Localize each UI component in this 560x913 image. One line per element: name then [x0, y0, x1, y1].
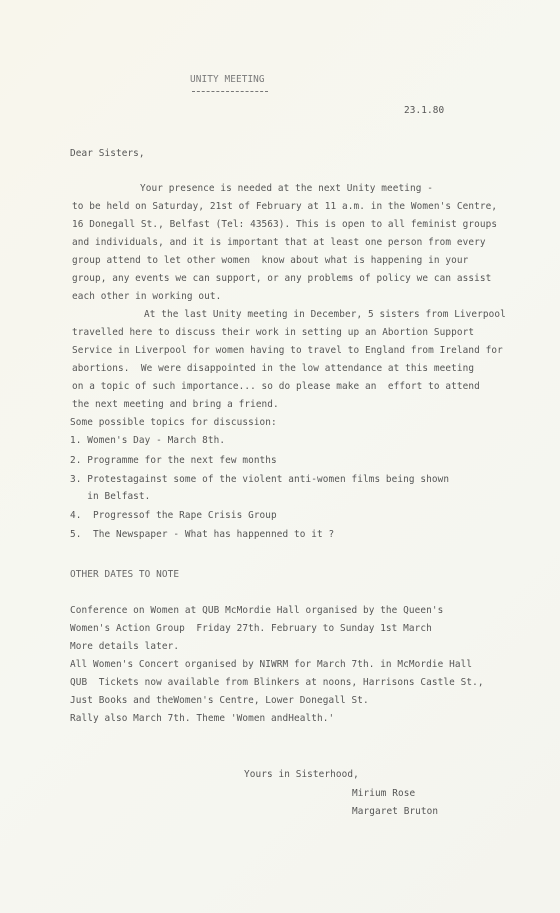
other-dates-line: Women's Action Group Friday 27th. Februa…: [70, 624, 432, 633]
paragraph1-line: 16 Donegall St., Belfast (Tel: 43563). T…: [72, 220, 497, 229]
signatory: Mirium Rose: [352, 789, 415, 798]
other-dates-line: Just Books and theWomen's Centre, Lower …: [70, 696, 369, 705]
other-dates-line: Rally also March 7th. Theme 'Women andHe…: [70, 714, 334, 723]
other-dates-heading: OTHER DATES TO NOTE: [70, 570, 179, 579]
paragraph1-line: each other in working out.: [72, 292, 221, 301]
other-dates-line: QUB Tickets now available from Blinkers …: [70, 678, 484, 687]
paragraph2-line: abortions. We were disappointed in the l…: [72, 364, 474, 373]
topic-item: 4. Progressof the Rape Crisis Group: [70, 511, 277, 520]
topic-item: 2. Programme for the next few months: [70, 456, 277, 465]
paragraph1-line: and individuals, and it is important tha…: [72, 238, 486, 247]
paragraph1-line: to be held on Saturday, 21st of February…: [72, 202, 497, 211]
signatory: Margaret Bruton: [352, 807, 438, 816]
salutation: Dear Sisters,: [70, 149, 145, 158]
paragraph2-line: At the last Unity meeting in December, 5…: [144, 310, 506, 319]
paragraph2-line: travelled here to discuss their work in …: [72, 328, 474, 337]
paragraph2-line: on a topic of such importance... so do p…: [72, 382, 480, 391]
other-dates-line: All Women's Concert organised by NIWRM f…: [70, 660, 472, 669]
other-dates-line: More details later.: [70, 642, 179, 651]
paragraph2-line: the next meeting and bring a friend.: [72, 400, 279, 409]
paragraph1-line: group attend to let other women know abo…: [72, 256, 468, 265]
topics-intro: Some possible topics for discussion:: [70, 418, 277, 427]
typed-letter-page: UNITY MEETING 23.1.80 Dear Sisters, Your…: [0, 0, 560, 913]
paragraph1-line: group, any events we can support, or any…: [72, 274, 491, 283]
other-dates-line: Conference on Women at QUB McMordie Hall…: [70, 606, 443, 615]
topic-item: 3. Protestagainst some of the violent an…: [70, 475, 449, 484]
title-underline: [192, 91, 268, 92]
letter-date: 23.1.80: [404, 106, 444, 115]
closing: Yours in Sisterhood,: [244, 770, 359, 779]
letter-title: UNITY MEETING: [190, 75, 265, 84]
topic-item: 1. Women's Day - March 8th.: [70, 436, 225, 445]
paragraph1-line: Your presence is needed at the next Unit…: [140, 184, 433, 193]
topic-item: 5. The Newspaper - What has happenned to…: [70, 530, 334, 539]
paragraph2-line: Service in Liverpool for women having to…: [72, 346, 503, 355]
topic-item: in Belfast.: [70, 492, 150, 501]
